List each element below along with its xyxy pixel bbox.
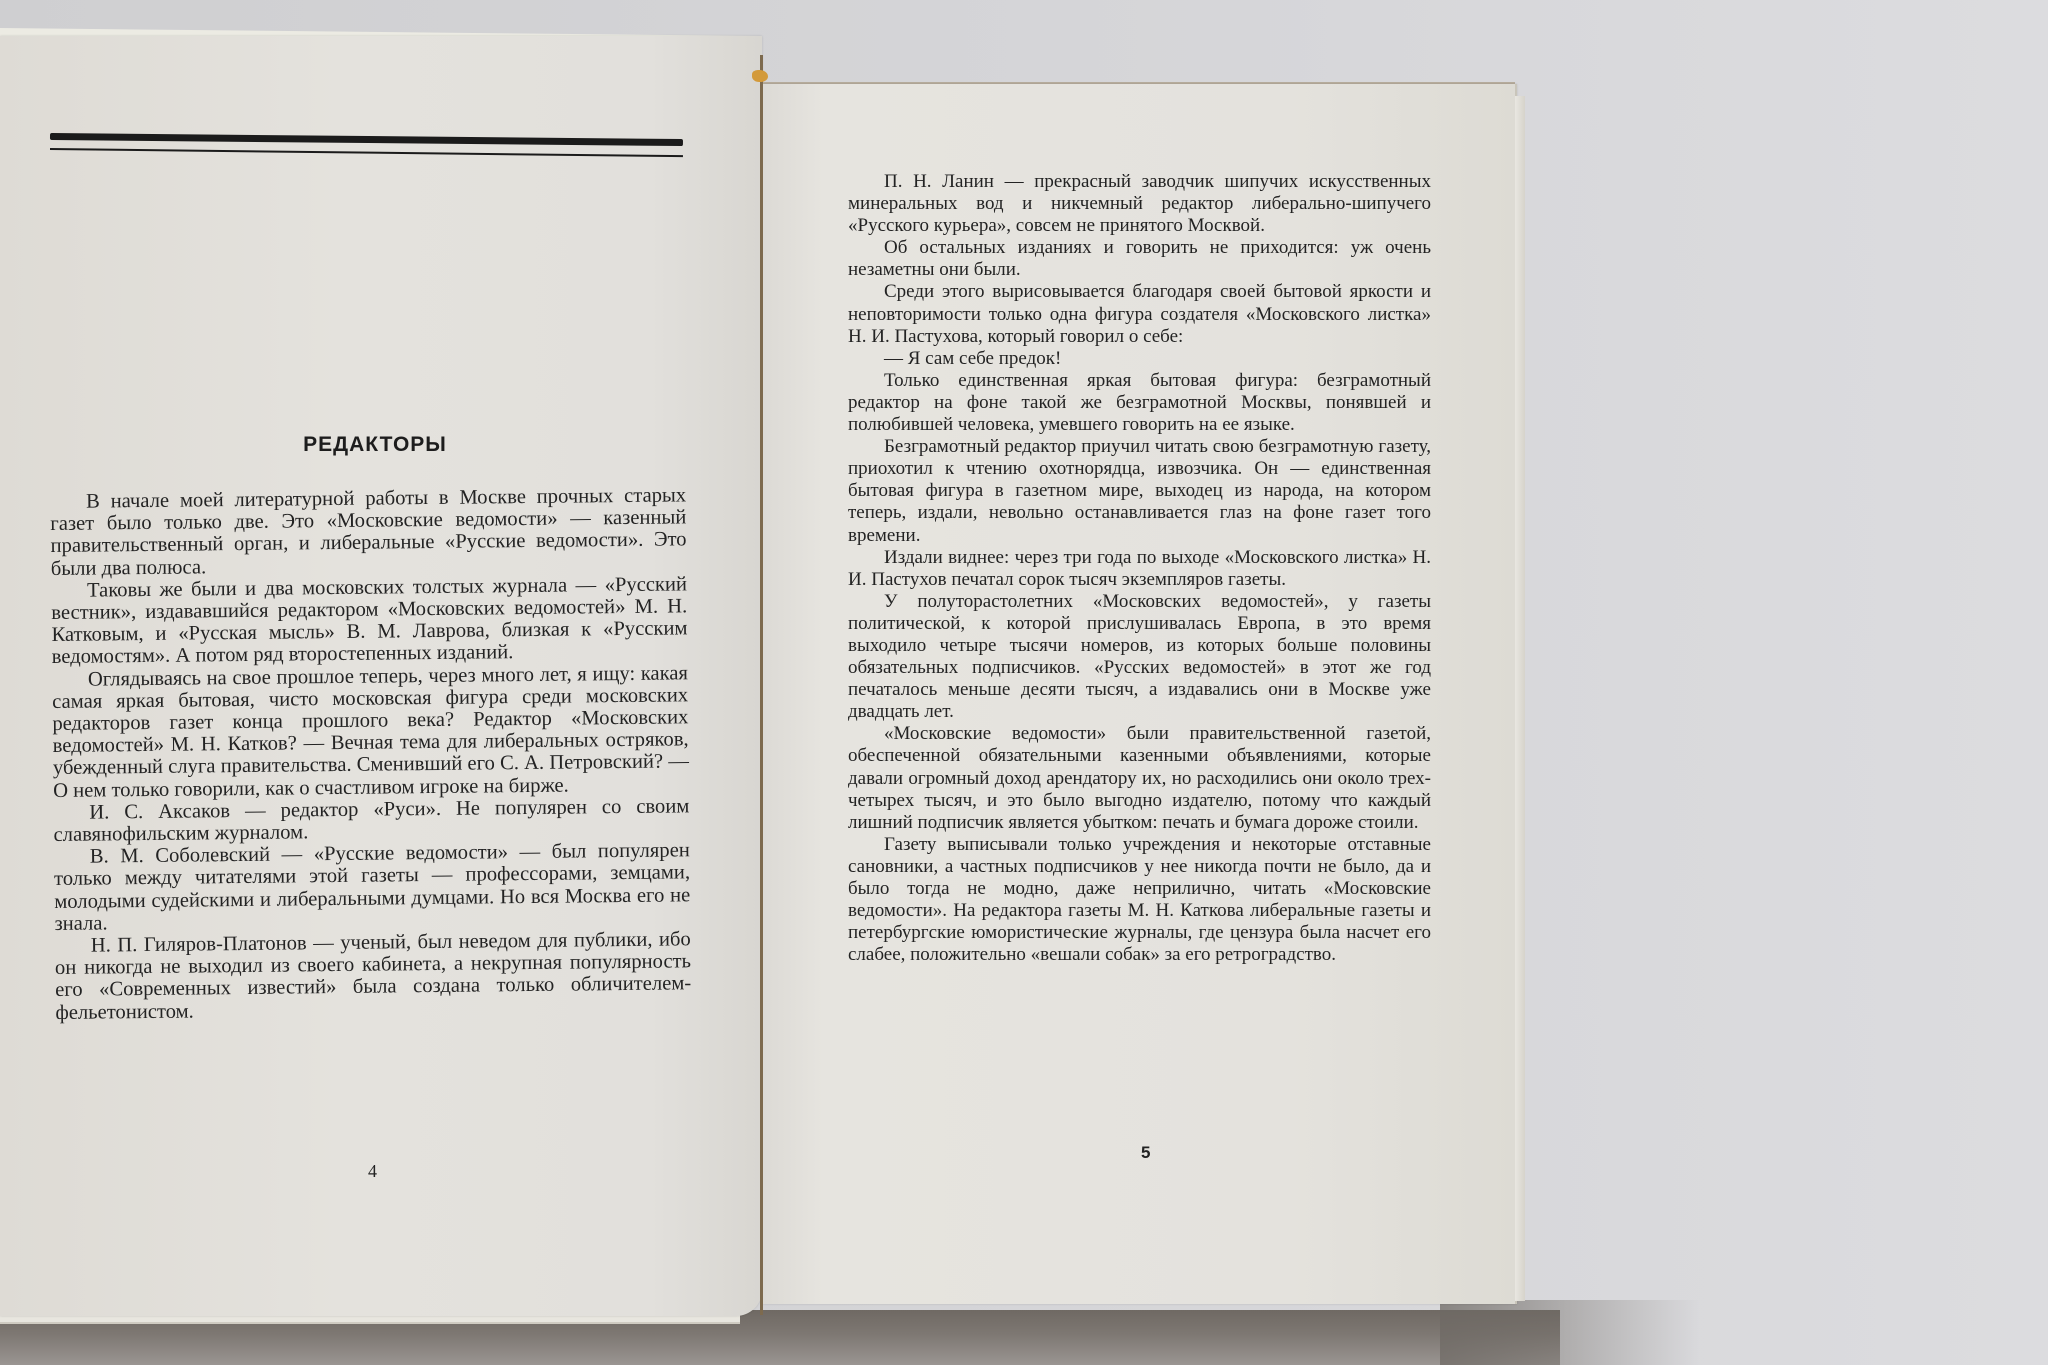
paragraph: В. М. Соболевский — «Русские ведомости» … <box>54 840 691 935</box>
paragraph: Таковы же были и два московских толстых … <box>51 573 688 668</box>
left-page-text: В начале моей литературной работы в Моск… <box>50 484 692 1024</box>
paragraph: В начале моей литературной работы в Моск… <box>50 484 687 579</box>
paragraph: Только единственная яркая бытовая фигура… <box>848 370 1431 436</box>
page-number-left: 4 <box>368 1161 377 1182</box>
book-shadow-right <box>1440 1300 1700 1365</box>
book-gutter <box>760 55 763 1315</box>
page-number-right: 5 <box>1141 1143 1150 1163</box>
paragraph: Издали виднее: через три года по выходе … <box>848 547 1431 591</box>
paragraph: Безграмотный редактор приучил читать сво… <box>848 436 1431 546</box>
paragraph: П. Н. Ланин — прекрасный заводчик шипучи… <box>848 171 1431 237</box>
paragraph: Оглядываясь на свое прошлое теперь, чере… <box>52 662 689 802</box>
paragraph: Среди этого вырисовывается благодаря сво… <box>848 281 1431 347</box>
paragraph: — Я сам себе предок! <box>848 348 1431 370</box>
paragraph: «Московские ведомости» были правительств… <box>848 723 1431 833</box>
paragraph: Об остальных изданиях и говорить не прих… <box>848 237 1431 281</box>
chapter-title: РЕДАКТОРЫ <box>60 433 690 457</box>
right-page-text: П. Н. Ланин — прекрасный заводчик шипучи… <box>848 171 1431 966</box>
paragraph: И. С. Аксаков — редактор «Руси». Не попу… <box>53 795 689 846</box>
page-stack-edges <box>1515 96 1525 1301</box>
binding-glue <box>752 70 768 82</box>
paragraph: У полуторастолетних «Московских ведомост… <box>848 591 1431 724</box>
paragraph: Н. П. Гиляров-Платонов — ученый, был нев… <box>55 928 692 1023</box>
paragraph: Газету выписывали только учреждения и не… <box>848 834 1431 967</box>
